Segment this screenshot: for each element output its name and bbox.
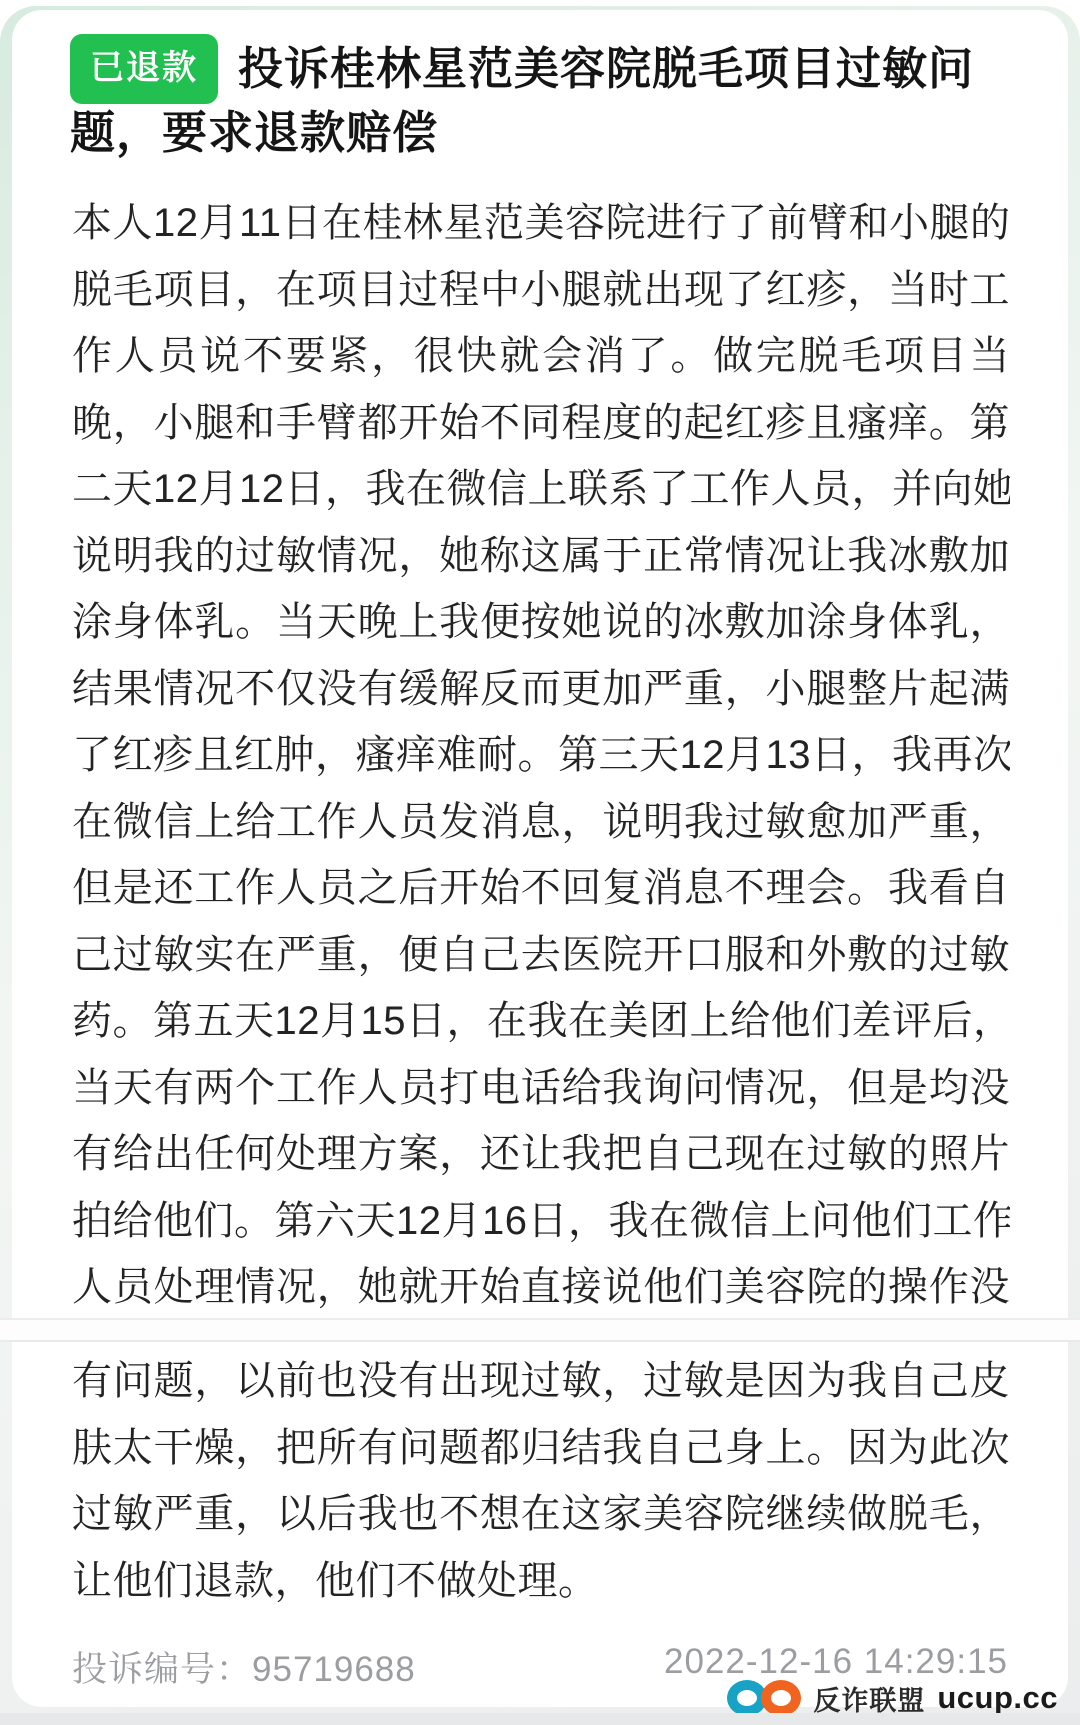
body-line: 本人12月11日在桂林星范美容院进行了前臂和小腿的 xyxy=(72,190,1010,257)
body-line: 肤太干燥，把所有问题都归结我自己身上。因为此次 xyxy=(72,1415,1010,1482)
body-line: 有给出任何处理方案，还让我把自己现在过敏的照片 xyxy=(72,1121,1010,1188)
body-line: 作人员说不要紧，很快就会消了。做完脱毛项目当 xyxy=(72,323,1010,390)
complaint-page: 已退款投诉桂林星范美容院脱毛项目过敏问题，要求退款赔偿 本人12月11日在桂林星… xyxy=(0,0,1080,1725)
complaint-number-label: 投诉编号： xyxy=(72,1650,252,1689)
bottom-edge-strip xyxy=(0,1713,1080,1725)
body-line: 己过敏实在严重，便自己去医院开口服和外敷的过敏 xyxy=(72,922,1010,989)
complaint-body-part2: 有问题，以前也没有出现过敏，过敏是因为我自己皮 肤太干燥，把所有问题都归结我自己… xyxy=(72,1348,1010,1614)
body-line: 说明我的过敏情况，她称这属于正常情况让我冰敷加 xyxy=(72,523,1010,590)
body-line: 过敏严重，以后我也不想在这家美容院继续做脱毛， xyxy=(72,1481,1010,1548)
body-line: 让他们退款，他们不做处理。 xyxy=(72,1548,1010,1615)
body-line: 药。第五天12月15日，在我在美团上给他们差评后， xyxy=(72,988,1010,1055)
complaint-number: 投诉编号：95719688 xyxy=(72,1642,416,1692)
infinity-right-loop xyxy=(761,1680,801,1716)
complaint-body-part1: 本人12月11日在桂林星范美容院进行了前臂和小腿的 脱毛项目，在项目过程中小腿就… xyxy=(72,190,1010,1321)
body-line: 有问题，以前也没有出现过敏，过敏是因为我自己皮 xyxy=(72,1348,1010,1415)
card-divider xyxy=(0,1318,1080,1342)
status-badge: 已退款 xyxy=(70,34,218,104)
body-line: 结果情况不仅没有缓解反而更加严重，小腿整片起满 xyxy=(72,656,1010,723)
body-line: 但是还工作人员之后开始不回复消息不理会。我看自 xyxy=(72,855,1010,922)
body-line: 晚，小腿和手臂都开始不同程度的起红疹且瘙痒。第 xyxy=(72,390,1010,457)
watermark-brand-text: 反诈联盟 xyxy=(813,1679,925,1718)
body-line: 人员处理情况，她就开始直接说他们美容院的操作没 xyxy=(72,1254,1010,1321)
body-line: 拍给他们。第六天12月16日，我在微信上问他们工作 xyxy=(72,1188,1010,1255)
body-line: 当天有两个工作人员打电话给我询问情况，但是均没 xyxy=(72,1055,1010,1122)
body-line: 在微信上给工作人员发消息，说明我过敏愈加严重， xyxy=(72,789,1010,856)
body-line: 了红疹且红肿，瘙痒难耐。第三天12月13日，我再次 xyxy=(72,722,1010,789)
body-line: 二天12月12日，我在微信上联系了工作人员，并向她 xyxy=(72,456,1010,523)
body-line: 涂身体乳。当天晚上我便按她说的冰敷加涂身体乳， xyxy=(72,589,1010,656)
page-title: 已退款投诉桂林星范美容院脱毛项目过敏问题，要求退款赔偿 xyxy=(70,34,1022,162)
complaint-number-value: 95719688 xyxy=(252,1650,416,1689)
infinity-icon xyxy=(727,1678,801,1718)
watermark-site-text: ucup.cc xyxy=(937,1680,1058,1716)
watermark-logo: 反诈联盟 ucup.cc xyxy=(727,1678,1058,1718)
body-line: 脱毛项目，在项目过程中小腿就出现了红疹，当时工 xyxy=(72,257,1010,324)
